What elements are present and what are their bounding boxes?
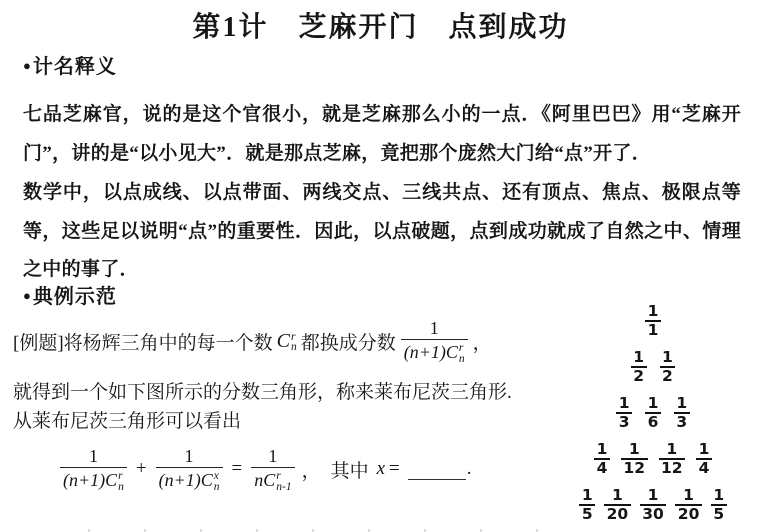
example-comma: ， <box>473 328 492 355</box>
equation-whose-text: 其中 <box>331 456 369 483</box>
triangle-fraction: 13 <box>616 395 632 431</box>
paragraph-math-points: 数学中，以点成线、以点带面、两线交点、三线共点、还有顶点、焦点、极限点等等，这些… <box>23 174 741 290</box>
answer-blank <box>408 459 466 480</box>
leibniz-triangle: 11 12 12 13 16 13 14 112 112 14 15 120 1… <box>548 303 758 523</box>
triangle-row: 12 12 <box>631 349 676 385</box>
section-heading-dianli-shifan: ●典例示范 <box>23 280 117 309</box>
equation: 1 (n+1)C r n + 1 (n+1)C x n = 1 nC r n-1 <box>55 442 472 496</box>
example-statement-line: [例题] 将杨辉三角中的每一个数 C r n 都换成分数 1 (n+1)C r … <box>13 314 492 368</box>
triangle-row: 15 120 130 120 15 <box>579 487 726 523</box>
section-heading-label: 典例示范 <box>33 286 117 308</box>
inline-math-cnr: C r n <box>277 330 297 353</box>
triangle-fraction: 120 <box>604 487 631 523</box>
section-heading-label: 计名释义 <box>33 56 117 78</box>
triangle-fraction: 12 <box>660 349 676 385</box>
plus-operator: + <box>136 458 147 480</box>
example-text-before: 将杨辉三角中的每一个数 <box>64 328 273 355</box>
example-text-mid: 都换成分数 <box>301 328 396 355</box>
triangle-fraction: 112 <box>659 441 686 477</box>
triangle-fraction: 12 <box>631 349 647 385</box>
triangle-fraction: 14 <box>696 441 712 477</box>
fraction-inline: 1 (n+1)C r n <box>401 318 468 364</box>
example-label: [例题] <box>13 328 64 355</box>
equation-x: x <box>377 458 385 480</box>
equals-operator: = <box>232 458 243 480</box>
bullet-icon: ● <box>23 58 32 73</box>
page-title: 第1计 芝麻开门 点到成功 <box>0 5 761 45</box>
triangle-row: 13 16 13 <box>616 395 689 431</box>
triangle-row: 14 112 112 14 <box>594 441 712 477</box>
triangle-fraction: 15 <box>579 487 595 523</box>
triangle-fraction: 16 <box>645 395 661 431</box>
example-text-line3: 从莱布尼茨三角形可以看出 <box>13 406 241 433</box>
equation-fraction-3: 1 nC r n-1 <box>251 446 294 492</box>
triangle-fraction: 112 <box>621 441 648 477</box>
example-text-line2: 就得到一个如下图所示的分数三角形，称来莱布尼茨三角形. <box>13 377 512 404</box>
bullet-icon: ● <box>23 288 32 303</box>
paragraph-sesame-official: 七品芝麻官，说的是这个官很小，就是芝麻那么小的一点．《阿里巴巴》用“芝麻开门”，… <box>23 96 741 173</box>
equation-fraction-1: 1 (n+1)C r n <box>60 446 127 492</box>
triangle-fraction: 120 <box>675 487 702 523</box>
triangle-row: 11 <box>645 303 661 339</box>
section-heading-jiming-shiyi: ●计名释义 <box>23 50 117 79</box>
equation-comma: ， <box>302 456 321 483</box>
equation-eq-sign: = <box>389 458 400 480</box>
equation-period: . <box>467 458 472 480</box>
triangle-fraction: 11 <box>645 303 661 339</box>
triangle-fraction: 14 <box>594 441 610 477</box>
equation-fraction-2: 1 (n+1)C x n <box>156 446 223 492</box>
triangle-fraction: 130 <box>640 487 667 523</box>
triangle-fraction: 13 <box>674 395 690 431</box>
triangle-fraction: 15 <box>711 487 727 523</box>
